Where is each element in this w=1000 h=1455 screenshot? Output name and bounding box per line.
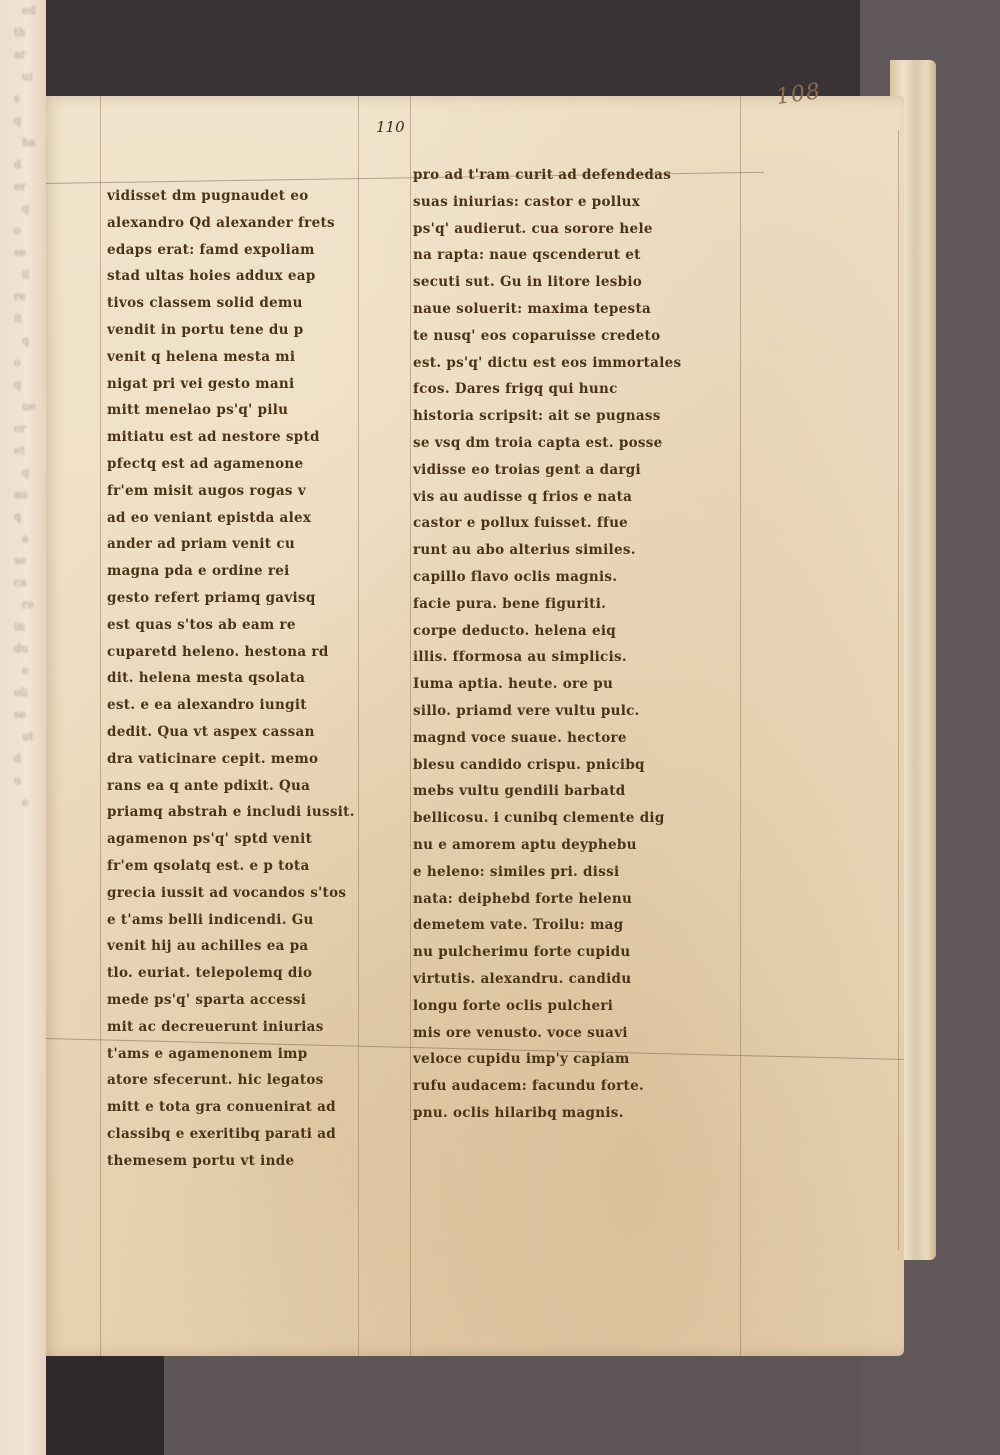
manuscript-line: stad ultas hoies addux eap: [107, 263, 367, 290]
manuscript-line: magna pda e ordine rei: [107, 558, 367, 585]
facing-page-line: au: [0, 484, 44, 506]
facing-page-line: d: [0, 748, 44, 770]
facing-page-line: ar: [0, 44, 44, 66]
manuscript-line: priamq abstrah e includi iussit.: [107, 799, 367, 826]
manuscript-line: vendit in portu tene du p: [107, 317, 367, 344]
manuscript-line: mis ore venusto. voce suavi: [413, 1020, 743, 1047]
manuscript-line: est. ps'q' dictu est eos immortales: [413, 350, 743, 377]
facing-page-line: s: [0, 88, 44, 110]
facing-page-line: q: [0, 110, 44, 132]
manuscript-line: t'ams e agamenonem imp: [107, 1041, 367, 1068]
manuscript-line: est quas s'tos ab eam re: [107, 612, 367, 639]
manuscript-line: mitt e tota gra conuenirat ad: [107, 1094, 367, 1121]
manuscript-line: dra vaticinare cepit. memo: [107, 746, 367, 773]
manuscript-line: sillo. priamd vere vultu pulc.: [413, 698, 743, 725]
facing-page-line: or: [0, 418, 44, 440]
manuscript-line: est. e ea alexandro iungit: [107, 692, 367, 719]
manuscript-line: veloce cupidu imp'y capiam: [413, 1046, 743, 1073]
facing-page-line: oli: [0, 682, 44, 704]
facing-page-line: ue: [0, 396, 44, 418]
facing-page-line: q: [0, 374, 44, 396]
manuscript-line: classibq e exeritibq parati ad: [107, 1121, 367, 1148]
manuscript-line: dedit. Qua vt aspex cassan: [107, 719, 367, 746]
facing-page-line: q: [0, 506, 44, 528]
ruling-left-outer: [100, 96, 101, 1356]
manuscript-line: bellicosu. i cunibq clemente dig: [413, 805, 743, 832]
manuscript-line: blesu candido crispu. pnicibq: [413, 752, 743, 779]
manuscript-line: te nusq' eos coparuisse credeto: [413, 323, 743, 350]
manuscript-line: alexandro Qd alexander frets: [107, 210, 367, 237]
manuscript-line: mede ps'q' sparta accessi: [107, 987, 367, 1014]
manuscript-line: cuparetd heleno. hestona rd: [107, 639, 367, 666]
manuscript-line: ps'q' audierut. cua sorore hele: [413, 216, 743, 243]
manuscript-line: ander ad priam venit cu: [107, 531, 367, 558]
manuscript-line: dit. helena mesta qsolata: [107, 665, 367, 692]
manuscript-line: fr'em qsolatq est. e p tota: [107, 853, 367, 880]
manuscript-line: edaps erat: famd expoliam: [107, 237, 367, 264]
facing-page-line: re: [0, 594, 44, 616]
facing-page-line: re: [0, 286, 44, 308]
facing-page-line: q: [0, 330, 44, 352]
manuscript-line: venit hij au achilles ea pa: [107, 933, 367, 960]
facing-page-line: o: [0, 220, 44, 242]
facing-page-line: ha: [0, 132, 44, 154]
manuscript-line: mitt menelao ps'q' pilu: [107, 397, 367, 424]
folio-number-ink: 110: [376, 118, 405, 136]
manuscript-line: mitiatu est ad nestore sptd: [107, 424, 367, 451]
manuscript-line: pfectq est ad agamenone: [107, 451, 367, 478]
facing-page-line: in: [0, 616, 44, 638]
manuscript-line: fr'em misit augos rogas v: [107, 478, 367, 505]
manuscript-line: demetem vate. Troilu: mag: [413, 912, 743, 939]
facing-page-line: q: [0, 462, 44, 484]
facing-page-line: th: [0, 22, 44, 44]
manuscript-line: rans ea q ante pdixit. Qua: [107, 773, 367, 800]
facing-page-line: d: [0, 154, 44, 176]
ruling-right-column-left: [410, 96, 411, 1356]
manuscript-line: tivos classem solid demu: [107, 290, 367, 317]
facing-page-line: du: [0, 638, 44, 660]
ruling-right-outer: [898, 130, 899, 1250]
manuscript-line: magnd voce suaue. hectore: [413, 725, 743, 752]
facing-page-line: se: [0, 550, 44, 572]
manuscript-line: gesto refert priamq gavisq: [107, 585, 367, 612]
manuscript-line: rufu audacem: facundu forte.: [413, 1073, 743, 1100]
manuscript-line: nu e amorem aptu deyphebu: [413, 832, 743, 859]
manuscript-line: themesem portu vt inde: [107, 1148, 367, 1175]
manuscript-line: vidisset dm pugnaudet eo: [107, 183, 367, 210]
facing-page-line: a: [0, 528, 44, 550]
manuscript-line: runt au abo alterius similes.: [413, 537, 743, 564]
facing-page-line: ut: [0, 726, 44, 748]
manuscript-line: secuti sut. Gu in litore lesbio: [413, 269, 743, 296]
manuscript-line: nigat pri vei gesto mani: [107, 371, 367, 398]
facing-page-line: ed: [0, 0, 44, 22]
manuscript-line: historia scripsit: ait se pugnass: [413, 403, 743, 430]
manuscript-line: na rapta: naue qscenderut et: [413, 242, 743, 269]
manuscript-line: virtutis. alexandru. candidu: [413, 966, 743, 993]
manuscript-line: se vsq dm troia capta est. posse: [413, 430, 743, 457]
left-text-column: vidisset dm pugnaudet eoalexandro Qd ale…: [107, 183, 367, 1174]
facing-page-line: er: [0, 176, 44, 198]
manuscript-line: ad eo veniant epistda alex: [107, 505, 367, 532]
facing-page-line: il: [0, 264, 44, 286]
manuscript-line: naue soluerit: maxima tepesta: [413, 296, 743, 323]
manuscript-line: venit q helena mesta mi: [107, 344, 367, 371]
manuscript-line: pnu. oclis hilaribq magnis.: [413, 1100, 743, 1127]
manuscript-line: Iuma aptia. heute. ore pu: [413, 671, 743, 698]
manuscript-line: castor e pollux fuisset. ffue: [413, 510, 743, 537]
manuscript-line: mebs vultu gendili barbatd: [413, 778, 743, 805]
facing-page-line: q: [0, 198, 44, 220]
manuscript-line: nu pulcherimu forte cupidu: [413, 939, 743, 966]
manuscript-line: illis. fformosa au simplicis.: [413, 644, 743, 671]
manuscript-line: tlo. euriat. telepolemq dio: [107, 960, 367, 987]
facing-page-line: e: [0, 660, 44, 682]
facing-page-line: ca: [0, 572, 44, 594]
facing-page-text: edtharuisqhaderqoseilreitqoqueoretqauqas…: [0, 0, 44, 814]
facing-page-line: se: [0, 242, 44, 264]
manuscript-line: vis au audisse q frios e nata: [413, 484, 743, 511]
manuscript-line: facie pura. bene figuriti.: [413, 591, 743, 618]
manuscript-line: pro ad t'ram curit ad defendedas: [413, 162, 743, 189]
manuscript-line: agamenon ps'q' sptd venit: [107, 826, 367, 853]
manuscript-line: nata: deiphebd forte helenu: [413, 886, 743, 913]
manuscript-line: atore sfecerunt. hic legatos: [107, 1067, 367, 1094]
manuscript-line: fcos. Dares frigq qui hunc: [413, 376, 743, 403]
facing-page-line: se: [0, 704, 44, 726]
facing-page-line: e: [0, 792, 44, 814]
manuscript-line: grecia iussit ad vocandos s'tos: [107, 880, 367, 907]
manuscript-line: mit ac decreuerunt iniurias: [107, 1014, 367, 1041]
facing-page-edge: edtharuisqhaderqoseilreitqoqueoretqauqas…: [0, 0, 46, 1455]
manuscript-line: e heleno: similes pri. dissi: [413, 859, 743, 886]
manuscript-line: longu forte oclis pulcheri: [413, 993, 743, 1020]
facing-page-line: u: [0, 770, 44, 792]
manuscript-line: vidisse eo troias gent a dargi: [413, 457, 743, 484]
manuscript-line: suas iniurias: castor e pollux: [413, 189, 743, 216]
facing-page-line: ui: [0, 66, 44, 88]
manuscript-line: corpe deducto. helena eiq: [413, 618, 743, 645]
manuscript-line: capillo flavo oclis magnis.: [413, 564, 743, 591]
manuscript-line: e t'ams belli indicendi. Gu: [107, 907, 367, 934]
right-text-column: pro ad t'ram curit ad defendedassuas ini…: [413, 162, 743, 1127]
facing-page-line: o: [0, 352, 44, 374]
dark-background-top: [40, 0, 1000, 110]
facing-page-line: it: [0, 308, 44, 330]
facing-page-line: et: [0, 440, 44, 462]
